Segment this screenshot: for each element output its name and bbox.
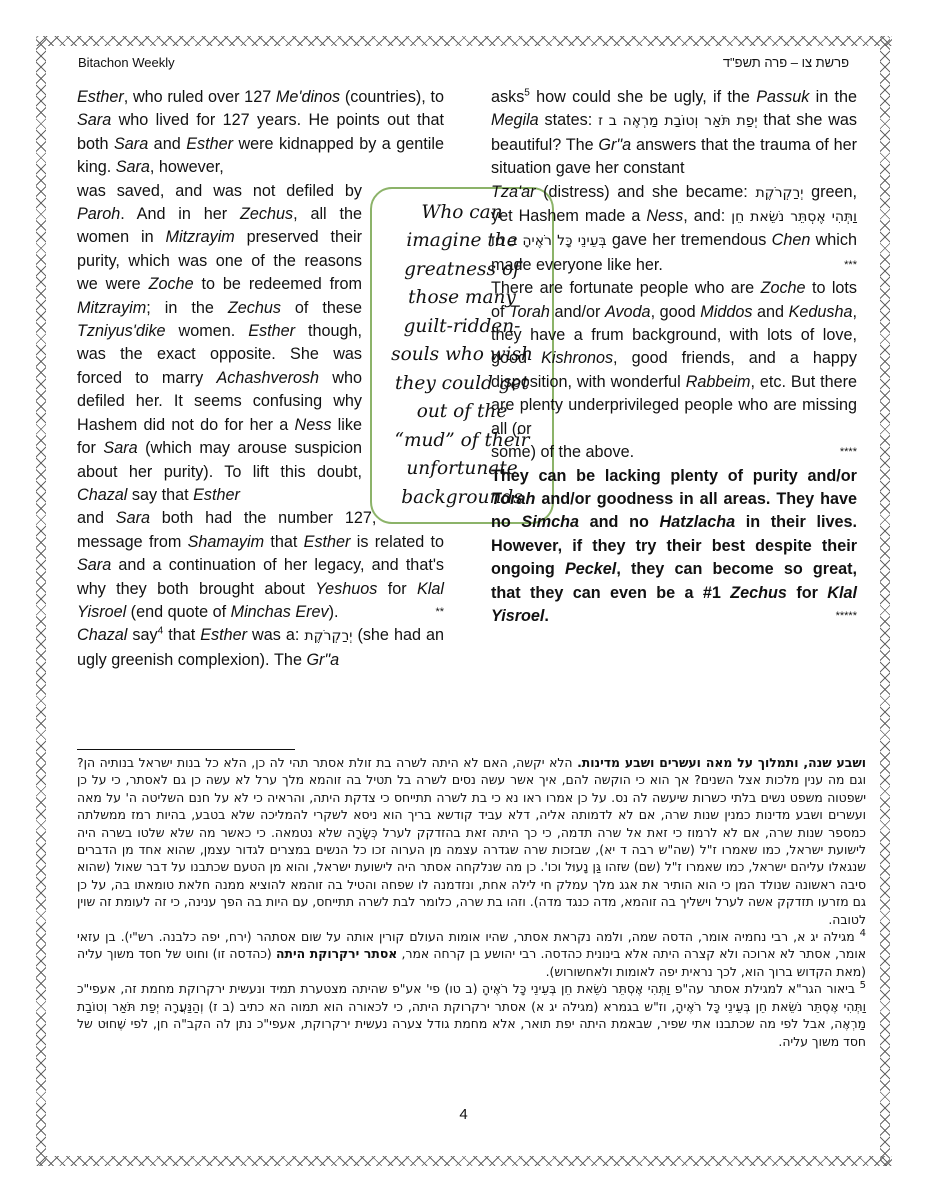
left-para2: Chazal say4 that Esther was a: יְרַקְרֹק… (77, 624, 444, 672)
page-number: 4 (0, 1106, 927, 1123)
footnote-number: 4 (860, 928, 866, 939)
footnotes: ושבע שנה, ותמלוך על מאה ועשרים ושבע מדינ… (77, 754, 866, 1050)
footnote-separator (77, 749, 295, 750)
left-para1-full: Esther, who ruled over 127 Me'dinos (cou… (77, 86, 444, 180)
section-stars: *** (844, 254, 857, 277)
footnote-5: 5 ביאור הגר"א למגילת אסתר עה"פ וַתְּהִי … (77, 980, 866, 1050)
right-column: asks5 how could she be ugly, if the Pass… (491, 86, 857, 628)
footnote-continuation: ושבע שנה, ותמלוך על מאה ועשרים ושבע מדינ… (77, 754, 866, 928)
page-border-right (880, 36, 890, 1166)
footnote-4: 4 מגילה יג א, רבי נחמיה אומר, הדסה שמה, … (77, 928, 866, 980)
page-border-left (36, 36, 46, 1166)
right-para2-wrapped: There are fortunate people who are Zoche… (491, 277, 857, 441)
parsha-title: פרשת צו – פרה תשפ"ד (723, 55, 849, 70)
page-header: Bitachon Weekly פרשת צו – פרה תשפ"ד (78, 55, 849, 75)
publication-title: Bitachon Weekly (78, 55, 175, 70)
left-para1-end: and Sara both had the number 127, a clea… (77, 507, 444, 624)
left-para1-wrapped: was saved, and was not defiled by Paroh.… (77, 180, 362, 508)
section-stars: ***** (836, 605, 857, 628)
section-stars: ** (435, 601, 444, 624)
section-stars: **** (840, 441, 857, 464)
right-para1-wrapped: Tza'ar (distress) and she became: יְרַקְ… (491, 181, 857, 278)
footnote-number: 5 (860, 980, 866, 991)
right-para2-end: some) of the above.**** (491, 441, 857, 464)
right-para1-full: asks5 how could she be ugly, if the Pass… (491, 86, 857, 181)
right-para3-bold: They can be lacking plenty of purity and… (491, 465, 857, 629)
page-border-bottom (36, 1156, 892, 1166)
page-border-top (36, 36, 892, 46)
